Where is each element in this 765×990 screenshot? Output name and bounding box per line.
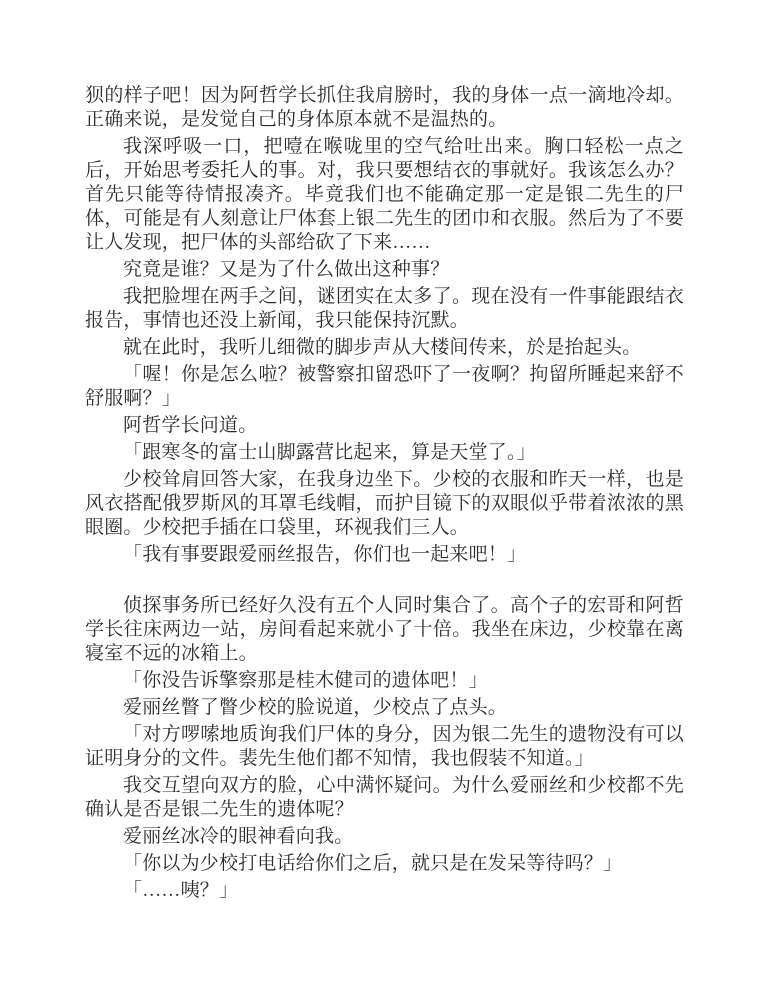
paragraph: 少校耸肩回答大家，在我身边坐下。少校的衣服和昨天一样，也是风衣搭配俄罗斯风的耳罩… bbox=[85, 468, 684, 540]
paragraph: 我交互望向双方的脸，心中满怀疑问。为什么爱丽丝和少校都不先确认是否是银二先生的遗… bbox=[85, 774, 684, 822]
paragraph: 就在此时，我听儿细微的脚步声从大楼间传来，於是抬起头。 bbox=[85, 336, 684, 360]
paragraph: 「对方啰嗦地质询我们尸体的身分，因为银二先生的遗物没有可以证明身分的文件。裴先生… bbox=[85, 723, 684, 771]
paragraph: 我把脸埋在两手之间，谜团实在太多了。现在没有一件事能跟结衣报告，事情也还没上新闻… bbox=[85, 285, 684, 333]
paragraph: 阿哲学长问道。 bbox=[85, 414, 684, 438]
paragraph: 「跟寒冬的富士山脚露营比起来，算是天堂了。」 bbox=[85, 441, 684, 465]
novel-page: 狈的样子吧！因为阿哲学长抓住我肩膀时，我的身体一点一滴地冷却。正确来说，是发觉自… bbox=[0, 0, 765, 990]
paragraph: 「你没告诉擎察那是桂木健司的遗体吧！」 bbox=[85, 669, 684, 693]
paragraph: 我深呼吸一口，把噎在喉咙里的空气给吐出来。胸口轻松一点之后，开始思考委托人的事。… bbox=[85, 135, 684, 255]
paragraph: 「喔！你是怎么啦？被警察扣留恐吓了一夜啊？拘留所睡起来舒不舒服啊？」 bbox=[85, 363, 684, 411]
paragraph: 爱丽丝瞥了瞥少校的脸说道，少校点了点头。 bbox=[85, 696, 684, 720]
paragraph: 狈的样子吧！因为阿哲学长抓住我肩膀时，我的身体一点一滴地冷却。正确来说，是发觉自… bbox=[85, 84, 684, 132]
text-block: 狈的样子吧！因为阿哲学长抓住我肩膀时，我的身体一点一滴地冷却。正确来说，是发觉自… bbox=[85, 84, 684, 903]
paragraph: 侦探事务所已经好久没有五个人同时集合了。高个子的宏哥和阿哲学长往床两边一站，房间… bbox=[85, 594, 684, 666]
paragraph: 「你以为少校打电话给你们之后，就只是在发呆等待吗？」 bbox=[85, 852, 684, 876]
paragraph: 究竟是谁？又是为了什么做出这种事？ bbox=[85, 258, 684, 282]
paragraph: 「我有事要跟爱丽丝报告，你们也一起来吧！」 bbox=[85, 543, 684, 567]
paragraph: 「……咦？」 bbox=[85, 879, 684, 903]
paragraph: 爱丽丝冰冷的眼神看向我。 bbox=[85, 825, 684, 849]
